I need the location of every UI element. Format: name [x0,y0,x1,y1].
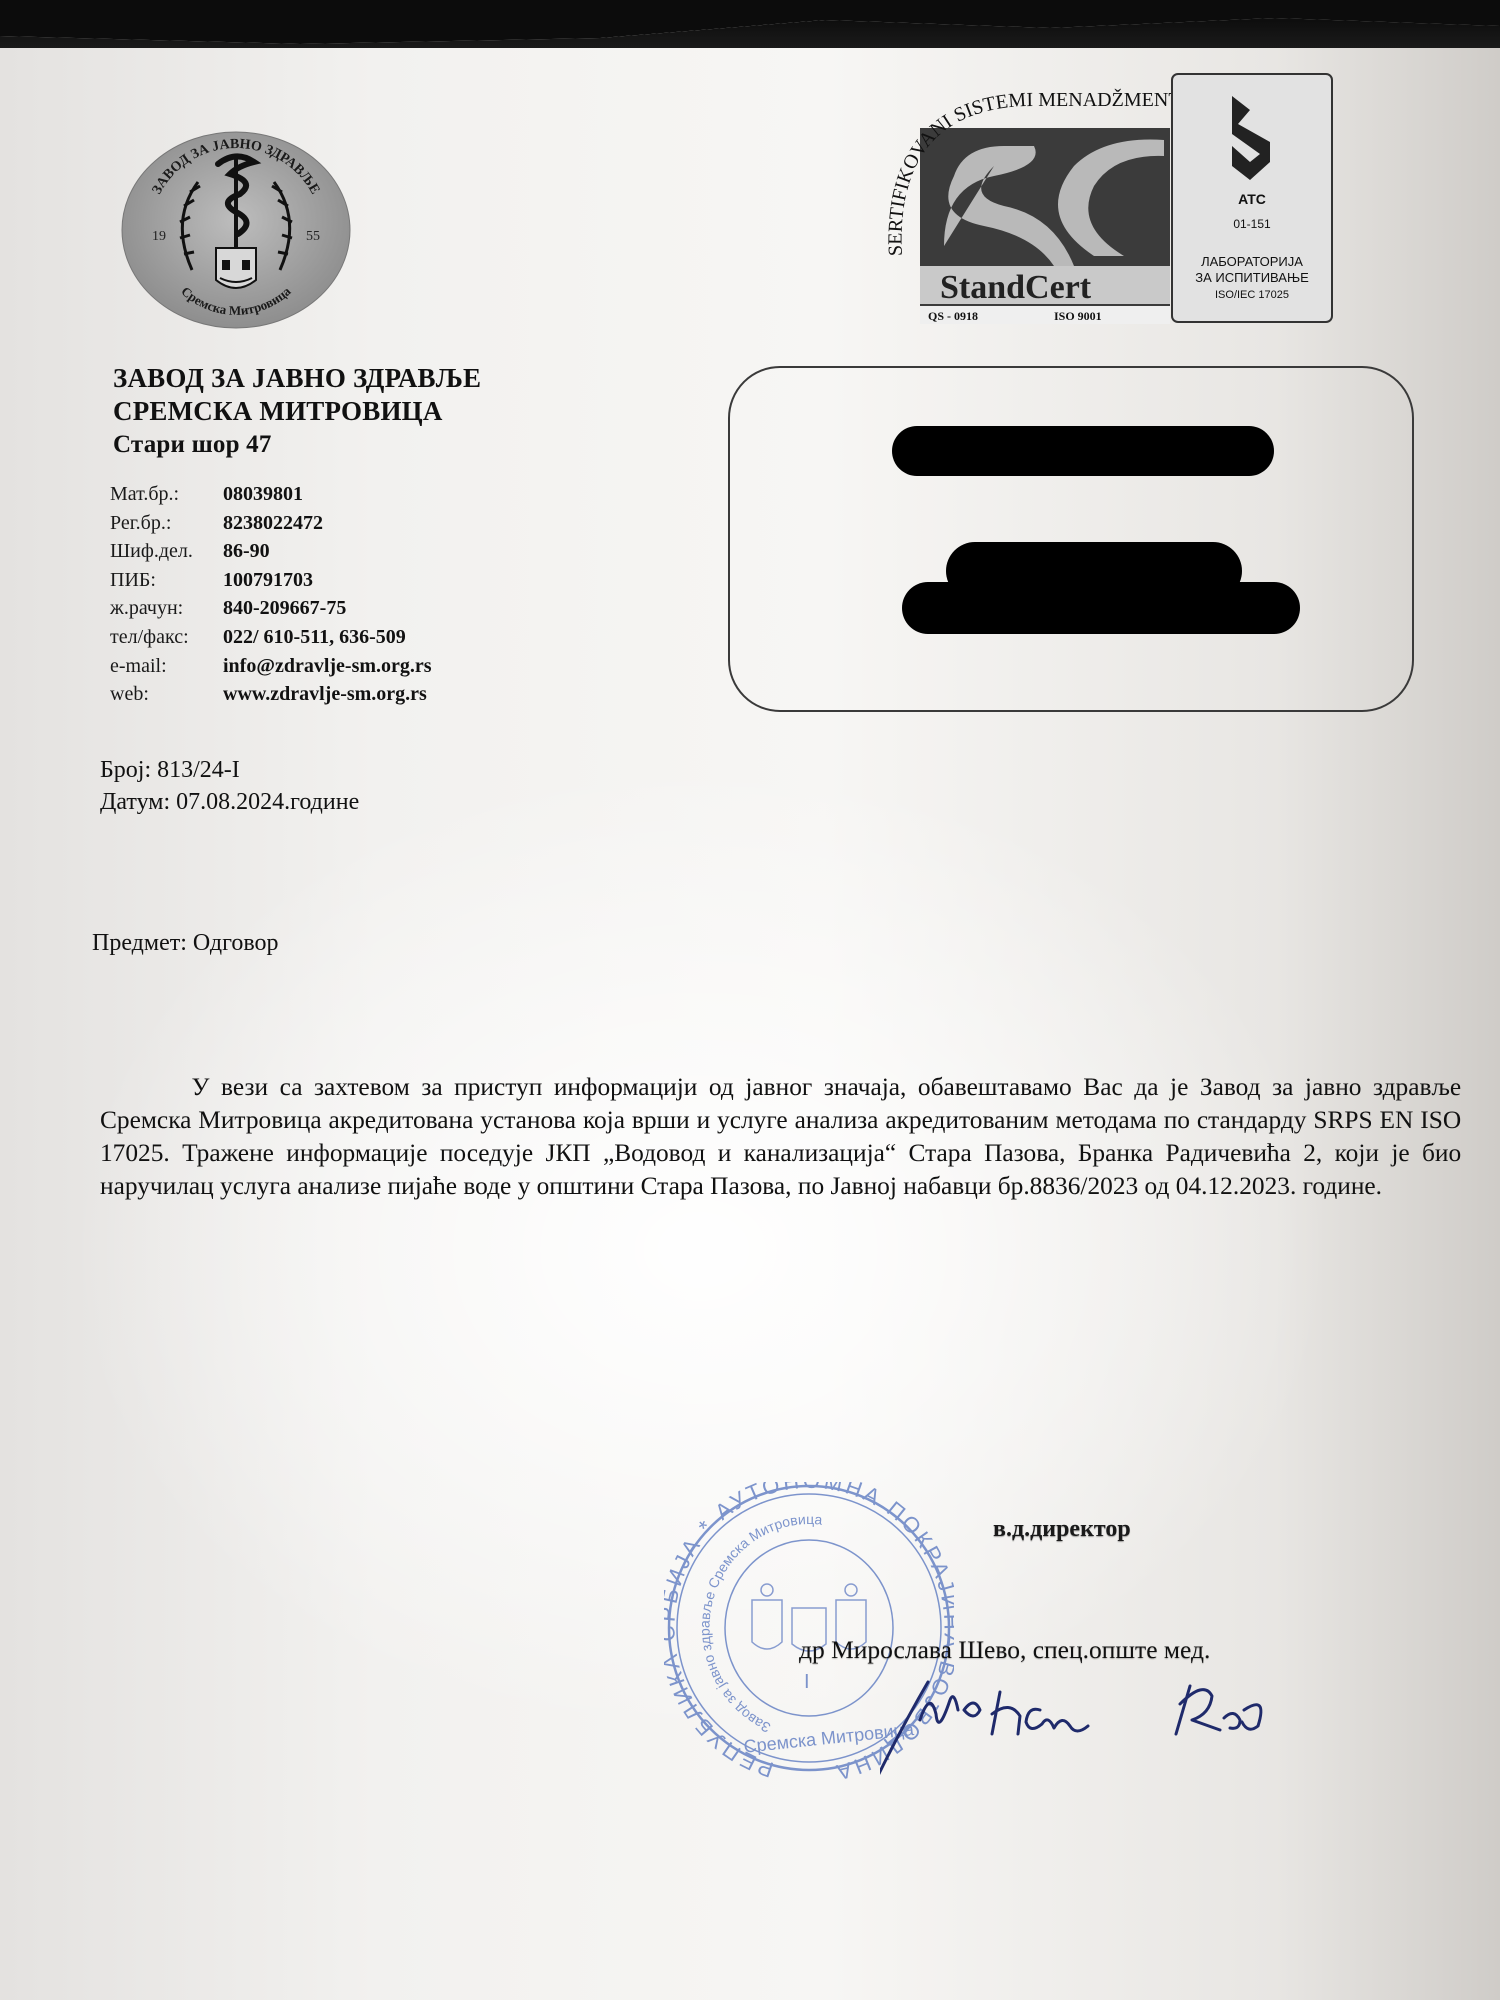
org-detail-label: Рег.бр.: [110,509,223,538]
org-detail-label: тел/факс: [110,623,223,652]
reference-date: Датум: 07.08.2024.године [100,786,359,818]
reference-number: Број: 813/24-I [100,754,359,786]
certification-badges: SERTIFIKOVANI SISTEMI MENADŽMENTA StandC… [884,66,1344,328]
org-details-table: Мат.бр.:08039801Рег.бр.:8238022472Шиф.де… [110,480,432,709]
svg-text:ATC: ATC [1238,191,1266,207]
svg-text:ЛАБОРАТОРИЈА: ЛАБОРАТОРИЈА [1201,254,1303,269]
handwritten-signature [880,1670,1300,1790]
org-detail-value: 022/ 610-511, 636-509 [223,623,432,652]
document-reference: Број: 813/24-I Датум: 07.08.2024.године [100,754,359,818]
org-detail-label: ПИБ: [110,566,223,595]
org-detail-row: web:www.zdravlje-sm.org.rs [110,680,432,709]
svg-text:QS - 0918: QS - 0918 [928,309,978,323]
org-name-line2: СРЕМСКА МИТРОВИЦА [113,395,481,428]
letter-page: ЗАВОД ЗА ЈАВНО ЗДРАВЉЕ Сремска Митровица… [0,0,1500,2000]
letter-body: У вези са захтевом за приступ информациј… [100,1070,1461,1202]
org-name-line1: ЗАВОД ЗА ЈАВНО ЗДРАВЉЕ [113,362,481,395]
org-detail-label: ж.рачун: [110,594,223,623]
svg-text:StandCert: StandCert [940,269,1092,306]
svg-text:19: 19 [152,229,166,244]
photo-background-edge [0,0,1500,48]
svg-text:01-151: 01-151 [1233,217,1271,231]
redaction-bar [902,582,1300,634]
svg-text:ЗА ИСПИТИВАЊЕ: ЗА ИСПИТИВАЊЕ [1195,270,1309,285]
sender-organization: ЗАВОД ЗА ЈАВНО ЗДРАВЉЕ СРЕМСКА МИТРОВИЦА… [113,362,481,461]
org-detail-value: www.zdravlje-sm.org.rs [223,680,432,709]
org-detail-value: 86-90 [223,537,432,566]
svg-text:I: I [804,1671,810,1693]
signatory-name: др Мирослава Шево, спец.опште мед. [799,1635,1210,1665]
org-detail-value: 840-209667-75 [223,594,432,623]
org-detail-row: Рег.бр.:8238022472 [110,509,432,538]
org-detail-value: 100791703 [223,566,432,595]
svg-text:ISO/IEC 17025: ISO/IEC 17025 [1215,289,1289,301]
svg-text:55: 55 [306,229,320,244]
svg-text:Завод за јавно здравље Сремска: Завод за јавно здравље Сремска Митровица [696,1511,823,1736]
org-detail-row: e-mail:info@zdravlje-sm.org.rs [110,652,432,681]
org-detail-row: ПИБ:100791703 [110,566,432,595]
org-detail-row: тел/факс:022/ 610-511, 636-509 [110,623,432,652]
org-detail-row: Шиф.дел.86-90 [110,537,432,566]
org-detail-row: Мат.бр.:08039801 [110,480,432,509]
org-detail-label: Шиф.дел. [110,537,223,566]
org-detail-label: web: [110,680,223,709]
org-detail-row: ж.рачун:840-209667-75 [110,594,432,623]
org-detail-value: info@zdravlje-sm.org.rs [223,652,432,681]
org-detail-label: Мат.бр.: [110,480,223,509]
org-detail-label: e-mail: [110,652,223,681]
signatory-title: в.д.директор [993,1516,1131,1543]
rod-of-asclepius-emblem-icon: ЗАВОД ЗА ЈАВНО ЗДРАВЉЕ Сремска Митровица… [118,130,354,330]
svg-text:ISO 9001: ISO 9001 [1054,309,1102,323]
org-detail-value: 08039801 [223,480,432,509]
redaction-bar [892,426,1274,476]
org-detail-value: 8238022472 [223,509,432,538]
subject-line: Предмет: Одговор [92,930,279,957]
recipient-address-box [728,366,1414,712]
institute-logo: ЗАВОД ЗА ЈАВНО ЗДРАВЉЕ Сремска Митровица… [118,130,354,330]
org-address: Стари шор 47 [113,428,481,461]
